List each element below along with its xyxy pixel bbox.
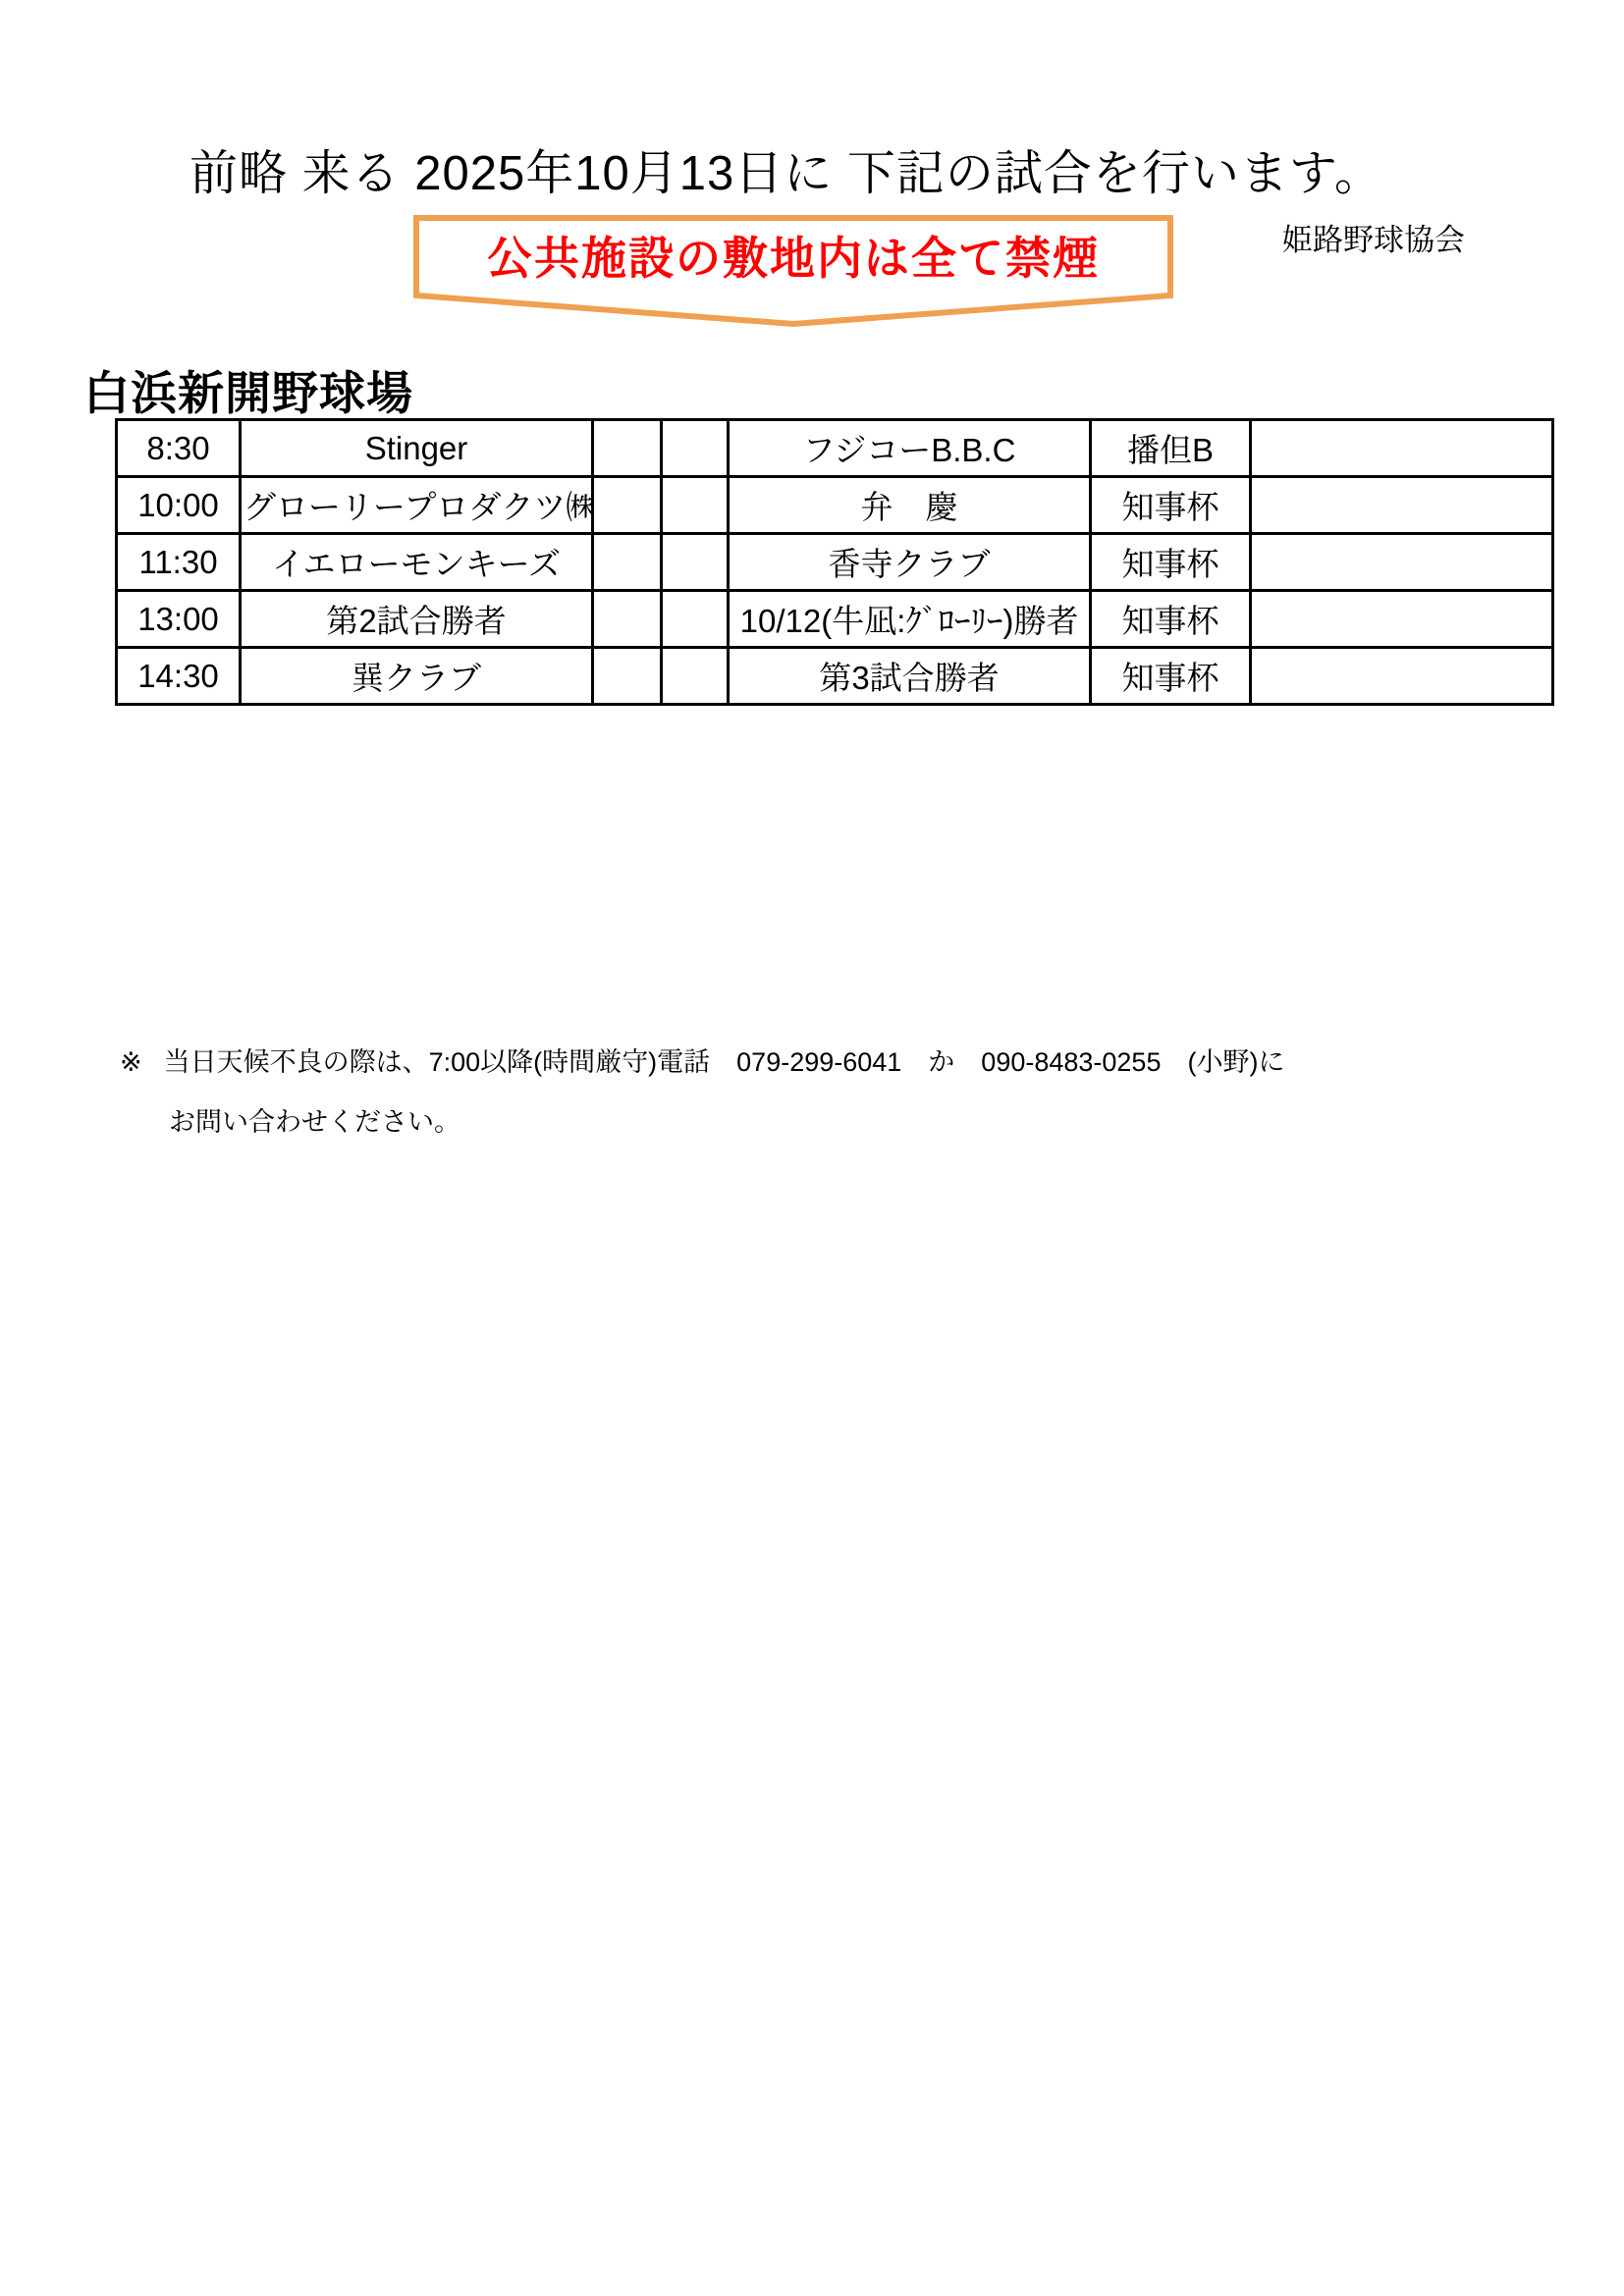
score-cell (662, 648, 729, 705)
table-row: 8:30 Stinger フジコーB.B.C 播但B (117, 420, 1553, 477)
home-team-cell: イエローモンキーズ (241, 534, 593, 591)
away-team-cell: 香寺クラブ (729, 534, 1091, 591)
time-cell: 13:00 (117, 591, 241, 648)
home-team-cell: 巽クラブ (241, 648, 593, 705)
time-cell: 11:30 (117, 534, 241, 591)
home-team-cell: 第2試合勝者 (241, 591, 593, 648)
score-cell (593, 477, 662, 534)
league-cell: 知事杯 (1091, 591, 1251, 648)
time-cell: 8:30 (117, 420, 241, 477)
away-team-cell: 第3試合勝者 (729, 648, 1091, 705)
score-cell (662, 420, 729, 477)
notes-cell (1251, 591, 1553, 648)
notes-cell (1251, 477, 1553, 534)
away-team-cell: 弁 慶 (729, 477, 1091, 534)
league-cell: 知事杯 (1091, 648, 1251, 705)
away-team-cell: 10/12(牛凪:ｸﾞﾛｰﾘｰ)勝者 (729, 591, 1091, 648)
document-title: 前略 来る 2025年10月13日に 下記の試合を行います。 (189, 135, 1383, 204)
score-cell (662, 534, 729, 591)
score-cell (662, 591, 729, 648)
notes-cell (1251, 534, 1553, 591)
score-cell (593, 534, 662, 591)
table-row: 13:00 第2試合勝者 10/12(牛凪:ｸﾞﾛｰﾘｰ)勝者 知事杯 (117, 591, 1553, 648)
time-cell: 10:00 (117, 477, 241, 534)
table-row: 10:00 グローリープロダクツ㈱ 弁 慶 知事杯 (117, 477, 1553, 534)
notes-cell (1251, 648, 1553, 705)
league-cell: 知事杯 (1091, 477, 1251, 534)
away-team-cell: フジコーB.B.C (729, 420, 1091, 477)
weather-note-line2: お問い合わせください。 (169, 1100, 460, 1139)
score-cell (593, 648, 662, 705)
home-team-cell: グローリープロダクツ㈱ (241, 477, 593, 534)
table-row: 11:30 イエローモンキーズ 香寺クラブ 知事杯 (117, 534, 1553, 591)
no-smoking-banner: 公共施設の敷地内は全て禁煙 (413, 215, 1173, 329)
league-cell: 播但B (1091, 420, 1251, 477)
score-cell (662, 477, 729, 534)
venue-name: 白浜新開野球場 (83, 357, 413, 423)
home-team-cell: Stinger (241, 420, 593, 477)
schedule-table: 8:30 Stinger フジコーB.B.C 播但B 10:00 グローリープロ… (115, 418, 1554, 706)
note-text: 当日天候不良の際は、7:00以降(時間厳守)電話 079-299-6041 か … (164, 1047, 1285, 1077)
score-cell (593, 591, 662, 648)
weather-note-line1: ※当日天候不良の際は、7:00以降(時間厳守)電話 079-299-6041 か… (120, 1041, 1284, 1079)
notes-cell (1251, 420, 1553, 477)
document-page: 前略 来る 2025年10月13日に 下記の試合を行います。 姫路野球協会 公共… (0, 0, 1624, 2296)
note-symbol: ※ (120, 1047, 142, 1078)
table-row: 14:30 巽クラブ 第3試合勝者 知事杯 (117, 648, 1553, 705)
no-smoking-text: 公共施設の敷地内は全て禁煙 (413, 215, 1173, 295)
score-cell (593, 420, 662, 477)
time-cell: 14:30 (117, 648, 241, 705)
organization-name: 姫路野球協会 (1282, 215, 1465, 259)
league-cell: 知事杯 (1091, 534, 1251, 591)
